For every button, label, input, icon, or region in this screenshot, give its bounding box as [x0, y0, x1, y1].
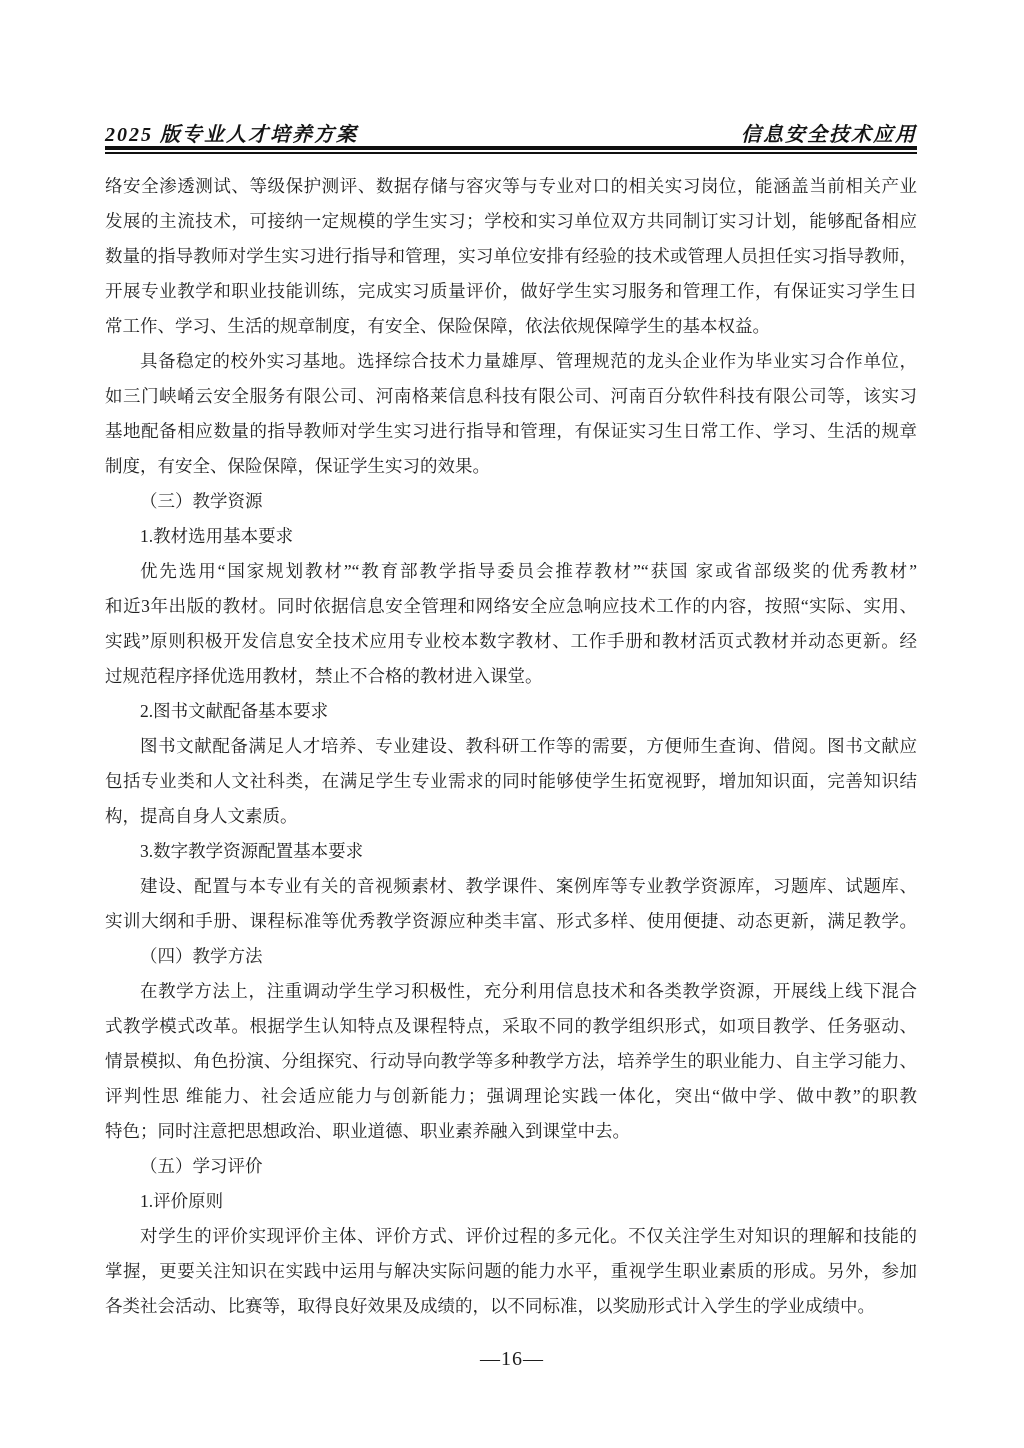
- text-line: 具备稳定的校外实习基地。选择综合技术力量雄厚、管理规范的龙头企业作为毕业实习合作…: [105, 344, 917, 379]
- page-number: —16—: [0, 1348, 1024, 1371]
- sub-heading: 2.图书文献配备基本要求: [105, 694, 917, 729]
- text-line: 对学生的评价实现评价主体、评价方式、评价过程的多元化。不仅关注学生对知识的理解和…: [105, 1219, 917, 1254]
- text-line: 掌握，更要关注知识在实践中运用与解决实际问题的能力水平，重视学生职业素质的形成。…: [105, 1254, 917, 1289]
- header-rule-thick: [105, 146, 917, 150]
- text-line: 情景模拟、角色扮演、分组探究、行动导向教学等多种教学方法，培养学生的职业能力、自…: [105, 1044, 917, 1079]
- header-rule-thin: [105, 152, 917, 154]
- document-page: 2025 版专业人才培养方案 信息安全技术应用 络安全渗透测试、等级保护测评、数…: [0, 0, 1024, 1448]
- sub-heading: 1.评价原则: [105, 1184, 917, 1219]
- text-line: 优先选用“国家规划教材”“教育部教学指导委员会推荐教材”“获国 家或省部级奖的优…: [105, 554, 917, 589]
- text-line: 式教学模式改革。根据学生认知特点及课程特点，采取不同的教学组织形式，如项目教学、…: [105, 1009, 917, 1044]
- page-header: 2025 版专业人才培养方案 信息安全技术应用: [105, 118, 917, 147]
- section-heading: （三）教学资源: [105, 484, 917, 519]
- sub-heading: 3.数字教学资源配置基本要求: [105, 834, 917, 869]
- text-line: 评判性思 维能力、社会适应能力与创新能力；强调理论实践一体化，突出“做中学、做中…: [105, 1079, 917, 1114]
- sub-heading: 1.教材选用基本要求: [105, 519, 917, 554]
- text-line: 开展专业教学和职业技能训练，完成实习质量评价，做好学生实习服务和管理工作，有保证…: [105, 274, 917, 309]
- text-line: 常工作、学习、生活的规章制度，有安全、保险保障，依法依规保障学生的基本权益。: [105, 309, 917, 344]
- text-line: 实践”原则积极开发信息安全技术应用专业校本数字教材、工作手册和教材活页式教材并动…: [105, 624, 917, 659]
- text-line: 包括专业类和人文社科类，在满足学生专业需求的同时能够使学生拓宽视野，增加知识面，…: [105, 764, 917, 799]
- text-line: 发展的主流技术，可接纳一定规模的学生实习；学校和实习单位双方共同制订实习计划，能…: [105, 204, 917, 239]
- text-line: 过规范程序择优选用教材，禁止不合格的教材进入课堂。: [105, 659, 917, 694]
- text-line: 如三门峡崤云安全服务有限公司、河南格莱信息科技有限公司、河南百分软件科技有限公司…: [105, 379, 917, 414]
- section-heading: （五）学习评价: [105, 1149, 917, 1184]
- header-rule: [105, 146, 917, 154]
- header-right-title: 信息安全技术应用: [741, 118, 917, 147]
- text-line: 各类社会活动、比赛等，取得良好效果及成绩的，以不同标准，以奖励形式计入学生的学业…: [105, 1289, 917, 1324]
- text-line: 和近3年出版的教材。同时依据信息安全管理和网络安全应急响应技术工作的内容，按照“…: [105, 589, 917, 624]
- text-line: 络安全渗透测试、等级保护测评、数据存储与容灾等与专业对口的相关实习岗位，能涵盖当…: [105, 169, 917, 204]
- text-line: 特色；同时注意把思想政治、职业道德、职业素养融入到课堂中去。: [105, 1114, 917, 1149]
- document-body: 络安全渗透测试、等级保护测评、数据存储与容灾等与专业对口的相关实习岗位，能涵盖当…: [105, 169, 917, 1324]
- text-line: 建设、配置与本专业有关的音视频素材、教学课件、案例库等专业教学资源库，习题库、试…: [105, 869, 917, 904]
- text-line: 数量的指导教师对学生实习进行指导和管理，实习单位安排有经验的技术或管理人员担任实…: [105, 239, 917, 274]
- text-line: 图书文献配备满足人才培养、专业建设、教科研工作等的需要，方便师生查询、借阅。图书…: [105, 729, 917, 764]
- text-line: 制度，有安全、保险保障，保证学生实习的效果。: [105, 449, 917, 484]
- text-line: 实训大纲和手册、课程标准等优秀教学资源应种类丰富、形式多样、使用便捷、动态更新，…: [105, 904, 917, 939]
- text-line: 基地配备相应数量的指导教师对学生实习进行指导和管理，有保证实习生日常工作、学习、…: [105, 414, 917, 449]
- text-line: 构，提高自身人文素质。: [105, 799, 917, 834]
- header-left-title: 2025 版专业人才培养方案: [105, 118, 358, 147]
- section-heading: （四）教学方法: [105, 939, 917, 974]
- text-line: 在教学方法上，注重调动学生学习积极性，充分利用信息技术和各类教学资源，开展线上线…: [105, 974, 917, 1009]
